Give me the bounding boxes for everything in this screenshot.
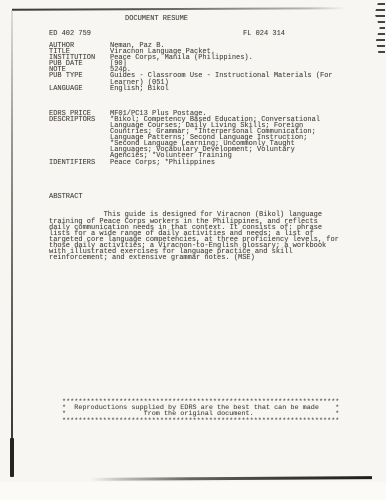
scan-artifact-left-bottom-bar	[10, 438, 14, 477]
field-row: IDENTIFIERSPeace Corps; *Philippines	[49, 160, 333, 166]
field-label: DESCRIPTORS	[49, 117, 110, 123]
field-value: Guides - Classroom Use - Instructional M…	[110, 73, 333, 85]
metadata-fields: AUTHORNeman, Paz B.TITLEViracnon Languag…	[49, 43, 333, 166]
field-value: Peace Corps; *Philippines	[110, 160, 215, 166]
ed-accession-number: ED 402 759	[49, 31, 91, 37]
scan-artifact-corner-marks	[372, 3, 385, 57]
scan-page-bottom-edge	[0, 482, 386, 500]
field-label: PUB TYPE	[49, 73, 110, 79]
reproduction-notice-line: ****************************************…	[62, 418, 339, 424]
abstract-line: reinforcement; and extensive grammar not…	[49, 255, 339, 261]
edrs-reproduction-notice: ****************************************…	[62, 399, 339, 424]
scan-artifact-left-edge-line	[11, 10, 13, 440]
abstract-section: ABSTRACT This guide is designed for Vira…	[49, 182, 339, 273]
field-value: *Bikol; Competency Based Education; Conv…	[110, 117, 320, 160]
document-resume-heading: DOCUMENT RESUME	[125, 16, 188, 22]
field-row: LANGUAGEEnglish; Bikol	[49, 86, 333, 92]
field-value: Peace Corps, Manila (Philippines).	[110, 55, 253, 61]
field-value-line: Peace Corps; *Philippines	[110, 160, 215, 166]
scan-artifact-top-line	[12, 7, 346, 10]
field-value-line: Peace Corps, Manila (Philippines).	[110, 55, 253, 61]
abstract-text: This guide is designed for Viracnon (Bik…	[49, 212, 339, 261]
field-row: DESCRIPTORS*Bikol; Competency Based Educ…	[49, 117, 333, 160]
abstract-label: ABSTRACT	[49, 194, 339, 200]
field-row: PUB TYPEGuides - Classroom Use - Instruc…	[49, 73, 333, 85]
field-value: English; Bikol	[110, 86, 169, 92]
field-value-line: English; Bikol	[110, 86, 169, 92]
field-label: LANGUAGE	[49, 86, 110, 92]
field-label: IDENTIFIERS	[49, 160, 110, 166]
scan-artifact-bottom-line	[90, 476, 372, 481]
document-resume-page: DOCUMENT RESUME ED 402 759 FL 024 314 AU…	[0, 0, 386, 500]
clearinghouse-number: FL 024 314	[243, 31, 285, 37]
